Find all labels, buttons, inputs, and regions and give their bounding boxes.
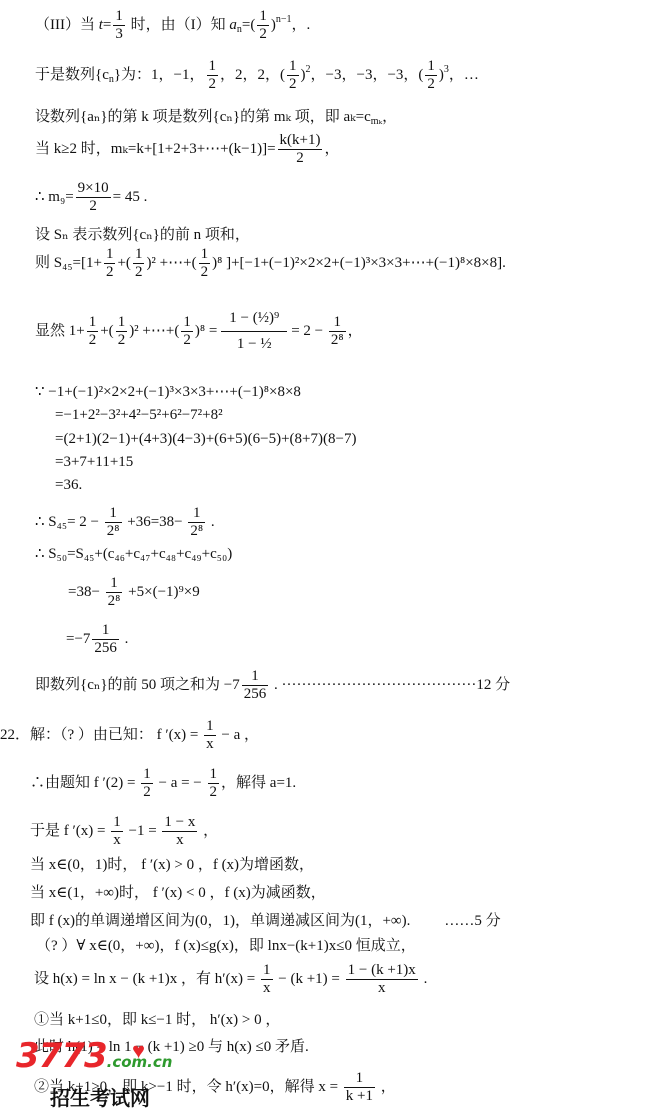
denominator: 2	[287, 76, 299, 93]
text: = 2 −	[291, 323, 327, 339]
part3-intro: （III）当 t=13 时，由（I）知 an=(12)n−1，.	[35, 8, 310, 43]
text: +5×(−1)⁹×9	[124, 584, 199, 600]
score-label: ……5 分	[444, 913, 500, 929]
denominator: 2	[208, 784, 220, 801]
big-fraction: 1 − (½)⁹1 − ½	[221, 306, 287, 357]
numerator: 1	[207, 58, 219, 76]
numerator: 1	[257, 8, 269, 26]
denominator: x	[162, 832, 197, 849]
fraction: 12⁸	[105, 505, 122, 540]
s50-final: =−71256 .	[66, 622, 128, 657]
denominator: x	[261, 980, 273, 997]
q22-fprime: 于是 f ′(x) = 1x −1 = 1 − xx ，	[30, 814, 218, 849]
denominator: 2	[141, 784, 153, 801]
numerator: 1	[287, 58, 299, 76]
denominator: x	[111, 832, 123, 849]
fraction: 12	[181, 314, 193, 349]
denominator: 2	[257, 26, 269, 43]
text: 当 k≥2 时，mₖ=k+[1+2+3+⋯+(k−1)]=	[35, 141, 276, 157]
fraction: 12	[207, 58, 219, 93]
text: 则 S₄₅=[1+	[35, 255, 102, 271]
text: ，2，2，(	[220, 67, 285, 83]
q22-decreasing: 当 x∈(1，+∞)时， f ′(x) < 0 ，f (x)为减函数，	[30, 884, 326, 902]
denominator: 2⁸	[106, 593, 123, 610]
q22-h-def: 设 h(x) = ln x − (k +1)x ，有 h′(x) = 1x − …	[34, 962, 427, 997]
q22-a: ∴由题知 f ′(2) = 12 − a = − 12，解得 a=1.	[30, 766, 296, 801]
sequence-c-line: 于是数列{cn}为：1，−1，12，2，2，(12)2，−3，−3，−3，(12…	[35, 58, 479, 93]
text: .	[121, 631, 129, 647]
fraction: k(k+1)2	[278, 132, 323, 167]
text: =	[103, 17, 111, 33]
fraction: 12	[141, 766, 153, 801]
text: =3+7+11+15	[55, 454, 133, 470]
text: =(	[242, 17, 255, 33]
subscript: mₖ	[371, 116, 382, 127]
fraction: 12⁸	[188, 505, 205, 540]
alt-sum-4: =36.	[55, 476, 82, 494]
numerator: 1	[116, 314, 128, 332]
text: −1 =	[125, 823, 161, 839]
text: ，	[377, 1079, 396, 1095]
text: 显然 1+	[35, 323, 85, 339]
text: ，.	[292, 17, 311, 33]
text: 即数列{cₙ}的前 50 项之和为 −7	[35, 677, 240, 693]
text: 时，由（I）知	[127, 17, 230, 33]
denominator: 2	[116, 332, 128, 349]
denominator: 1 − ½	[221, 332, 287, 357]
text: =−7	[66, 631, 90, 647]
numerator: 1	[105, 505, 122, 523]
text: )⁸ =	[195, 323, 217, 339]
numerator: 1	[113, 8, 125, 26]
fraction: 1256	[92, 622, 119, 657]
text: =38−	[68, 584, 104, 600]
text: ，…	[449, 67, 479, 83]
denominator: 2	[87, 332, 99, 349]
denominator: 3	[113, 26, 125, 43]
denominator: x	[346, 980, 418, 997]
denominator: 256	[242, 686, 269, 703]
text: ，解得 a=1.	[221, 775, 296, 791]
text: ①当 k+1≤0，即 k≤−1 时， h′(x) > 0 ，	[34, 1012, 280, 1028]
numerator: 1	[261, 962, 273, 980]
fraction: 13	[113, 8, 125, 43]
denominator: 2⁸	[105, 523, 122, 540]
text: .	[420, 971, 428, 987]
fraction: 1x	[204, 718, 216, 753]
heart-icon: ♥	[132, 1040, 145, 1062]
denominator: 2⁸	[188, 523, 205, 540]
numerator: 1 − (k +1)x	[346, 962, 418, 980]
fraction: 12	[208, 766, 220, 801]
numerator: 1	[242, 668, 269, 686]
dot-leader: ·······································	[282, 677, 477, 693]
fraction: 12⁸	[106, 575, 123, 610]
text: （? ）∀ x∈(0，+∞)，f (x)≤g(x)，即 lnx−(k+1)x≤0…	[36, 938, 416, 954]
q22-increasing: 当 x∈(0，1)时， f ′(x) > 0 ，f (x)为增函数，	[30, 856, 314, 874]
text: − a ，	[218, 727, 259, 743]
denominator: k +1	[344, 1088, 375, 1105]
numerator: 1	[425, 58, 437, 76]
denominator: 256	[92, 640, 119, 657]
conclusion: 即数列{cₙ}的前 50 项之和为 −71256 . ·············…	[35, 668, 510, 703]
fraction: 9×102	[76, 180, 111, 215]
fraction: 12	[87, 314, 99, 349]
text: ∴由题知 f ′(2) =	[30, 775, 139, 791]
q22-header: 22．解：（? ）由已知： f ′(x) = 1x − a ，	[0, 718, 259, 753]
exponent: n−1	[276, 14, 292, 25]
text: =36.	[55, 477, 82, 493]
fraction: 1x	[111, 814, 123, 849]
text: =−1+2²−3²+4²−5²+6²−7²+8²	[55, 407, 223, 423]
numerator: 1	[204, 718, 216, 736]
text: 即 f (x)的单调递增区间为(0，1)，单调递减区间为(1，+∞).	[30, 913, 410, 929]
sn-definition: 设 Sₙ 表示数列{cₙ}的前 n 项和，	[35, 226, 250, 244]
fraction: 1 − (k +1)xx	[346, 962, 418, 997]
text: =(2+1)(2−1)+(4+3)(4−3)+(6+5)(6−5)+(8+7)(…	[55, 431, 356, 447]
text: 设 h(x) = ln x − (k +1)x ，有 h′(x) =	[34, 971, 259, 987]
numerator: 1	[106, 575, 123, 593]
text: = 45 .	[113, 189, 148, 205]
text: ，−3，−3，−3，(	[311, 67, 424, 83]
text: − a = −	[155, 775, 206, 791]
var-a: a	[229, 17, 237, 33]
numerator: 1	[133, 246, 145, 264]
denominator: 2	[278, 150, 323, 167]
fraction: 12	[257, 8, 269, 43]
watermark-logo: 3773.com.cn	[16, 1036, 172, 1076]
text: .	[270, 677, 281, 693]
fraction: 12	[287, 58, 299, 93]
text: 当 x∈(0，1)时， f ′(x) > 0 ，f (x)为增函数，	[30, 857, 314, 873]
text: ∴ m₉=	[35, 189, 74, 205]
denominator: x	[204, 736, 216, 753]
fraction: 12⁸	[329, 314, 346, 349]
text: )⁸ ]+[−1+(−1)²×2×2+(−1)³×3×3+⋯+(−1)⁸×8×8…	[212, 255, 506, 271]
numerator: 1	[344, 1070, 375, 1088]
text: ∴ S₄₅= 2 −	[35, 514, 103, 530]
alt-sum-1: =−1+2²−3²+4²−5²+6²−7²+8²	[55, 406, 223, 424]
numerator: 1	[104, 246, 116, 264]
text: − (k +1) =	[275, 971, 344, 987]
numerator: 1	[188, 505, 205, 523]
s50-line: ∴ S₅₀=S₄₅+(c₄₆+c₄₇+c₄₈+c₄₉+c₅₀)	[35, 545, 232, 563]
s45-expression: 则 S₄₅=[1+12+(12)² +⋯+(12)⁸ ]+[−1+(−1)²×2…	[35, 246, 506, 281]
text: ，	[324, 141, 339, 157]
numerator: 1 − (½)⁹	[221, 306, 287, 332]
fraction: 12	[133, 246, 145, 281]
denominator: 2	[207, 76, 219, 93]
numerator: k(k+1)	[278, 132, 323, 150]
numerator: 1	[208, 766, 220, 784]
denominator: 2	[199, 264, 211, 281]
text: +(	[100, 323, 113, 339]
text: +(	[117, 255, 130, 271]
text: ，	[348, 323, 363, 339]
q22-case1: ①当 k+1≤0，即 k≤−1 时， h′(x) > 0 ，	[34, 1011, 280, 1029]
numerator: 1	[141, 766, 153, 784]
watermark-number: 3773	[16, 1036, 107, 1076]
text: 设 Sₙ 表示数列{cₙ}的前 n 项和，	[35, 227, 250, 243]
geometric-sum: 显然 1+12+(12)² +⋯+(12)⁸ =1 − (½)⁹1 − ½= 2…	[35, 306, 363, 357]
denominator: 2⁸	[329, 332, 346, 349]
text: )² +⋯+(	[129, 323, 179, 339]
numerator: 1	[329, 314, 346, 332]
numerator: 1	[111, 814, 123, 832]
watermark-slogan: 招生考试网	[50, 1082, 150, 1109]
text: +36=38−	[124, 514, 187, 530]
fraction: 12	[425, 58, 437, 93]
s50-step: =38− 12⁸ +5×(−1)⁹×9	[68, 575, 200, 610]
text: ，	[199, 823, 218, 839]
score-label: 12 分	[476, 677, 510, 693]
text: ∵ −1+(−1)²×2×2+(−1)³×3×3+⋯+(−1)⁸×8×8	[35, 384, 301, 400]
text: .	[207, 514, 215, 530]
alt-sum-3: =3+7+11+15	[55, 453, 133, 471]
text: )² +⋯+(	[146, 255, 196, 271]
numerator: 1	[87, 314, 99, 332]
s45-result: ∴ S₄₅= 2 − 12⁸ +36=38− 12⁸ .	[35, 505, 215, 540]
fraction: 12	[199, 246, 211, 281]
mk-formula: 当 k≥2 时，mₖ=k+[1+2+3+⋯+(k−1)]=k(k+1)2，	[35, 132, 340, 167]
numerator: 1	[92, 622, 119, 640]
fraction: 1 − xx	[162, 814, 197, 849]
fraction: 1x	[261, 962, 273, 997]
denominator: 2	[133, 264, 145, 281]
fraction: 1256	[242, 668, 269, 703]
alt-sum-0: ∵ −1+(−1)²×2×2+(−1)³×3×3+⋯+(−1)⁸×8×8	[35, 383, 301, 401]
numerator: 1 − x	[162, 814, 197, 832]
denominator: 2	[104, 264, 116, 281]
text: 于是 f ′(x) =	[30, 823, 109, 839]
m9-line: ∴ m₉=9×102= 45 .	[35, 180, 147, 215]
text: （III）当	[35, 17, 99, 33]
text: 22．解：（? ）由已知： f ′(x) =	[0, 727, 202, 743]
text: 于是数列{c	[35, 67, 109, 83]
fraction: 12	[104, 246, 116, 281]
numerator: 1	[181, 314, 193, 332]
denominator: 2	[181, 332, 193, 349]
q22-interval: 即 f (x)的单调递增区间为(0，1)，单调递减区间为(1，+∞).……5 分	[30, 912, 501, 930]
q22-part2: （? ）∀ x∈(0，+∞)，f (x)≤g(x)，即 lnx−(k+1)x≤0…	[36, 937, 416, 955]
denominator: 2	[425, 76, 437, 93]
text: 设数列{aₙ}的第 k 项是数列{cₙ}的第 mₖ 项，即 aₖ=c	[35, 109, 371, 125]
mk-definition: 设数列{aₙ}的第 k 项是数列{cₙ}的第 mₖ 项，即 aₖ=cmₖ，	[35, 108, 397, 126]
denominator: 2	[76, 198, 111, 215]
text: 当 x∈(1，+∞)时， f ′(x) < 0 ，f (x)为减函数，	[30, 885, 326, 901]
numerator: 9×10	[76, 180, 111, 198]
text: }为：1，−1，	[114, 67, 205, 83]
alt-sum-2: =(2+1)(2−1)+(4+3)(4−3)+(6+5)(6−5)+(8+7)(…	[55, 430, 356, 448]
numerator: 1	[199, 246, 211, 264]
fraction: 1k +1	[344, 1070, 375, 1105]
text: ∴ S₅₀=S₄₅+(c₄₆+c₄₇+c₄₈+c₄₉+c₅₀)	[35, 546, 232, 562]
fraction: 12	[116, 314, 128, 349]
